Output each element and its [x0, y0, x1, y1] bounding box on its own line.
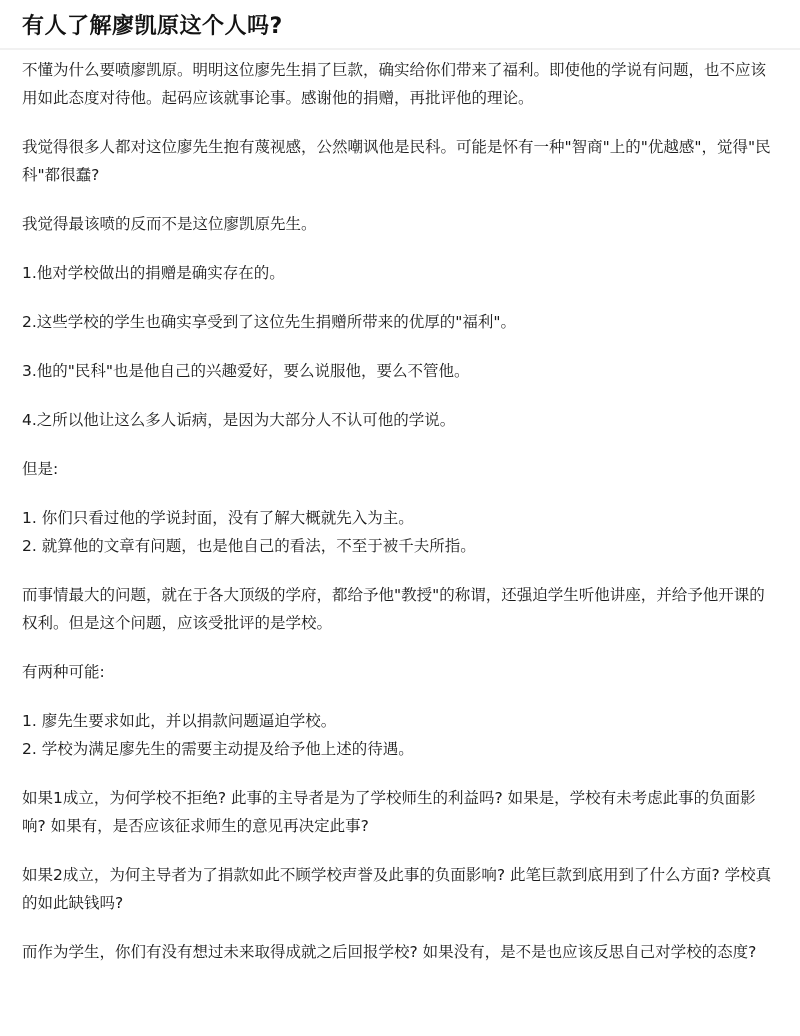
possibility-2: 2. 学校为满足廖先生的需要主动提及给予他上述的待遇。 [22, 735, 778, 763]
but-list: 1. 你们只看过他的学说封面，没有了解大概就先入为主。 2. 就算他的文章有问题… [22, 504, 778, 560]
answer-paragraph-7: 而作为学生，你们有没有想过未来取得成就之后回报学校? 如果没有，是不是也应该反思… [22, 938, 778, 966]
point-1: 1.他对学校做出的捐赠是确实存在的。 [22, 259, 778, 287]
answer-paragraph-4: 而事情最大的问题，就在于各大顶级的学府，都给予他"教授"的称谓，还强迫学生听他讲… [22, 581, 778, 637]
question-title[interactable]: 有人了解廖凯原这个人吗? [22, 9, 283, 40]
answer-paragraph-5: 如果1成立，为何学校不拒绝? 此事的主导者是为了学校师生的利益吗? 如果是，学校… [22, 784, 778, 840]
answer-body: 不懂为什么要喷廖凯原。明明这位廖先生捐了巨款，确实给你们带来了福利。即使他的学说… [0, 50, 800, 966]
answer-paragraph-1: 不懂为什么要喷廖凯原。明明这位廖先生捐了巨款，确实给你们带来了福利。即使他的学说… [22, 56, 778, 112]
possibilities-label: 有两种可能: [22, 658, 778, 686]
question-header: 有人了解廖凯原这个人吗? [0, 0, 800, 50]
answer-paragraph-2: 我觉得很多人都对这位廖先生抱有蔑视感，公然嘲讽他是民科。可能是怀有一种"智商"上… [22, 133, 778, 189]
possibility-1: 1. 廖先生要求如此，并以捐款问题逼迫学校。 [22, 707, 778, 735]
answer-paragraph-3: 我觉得最该喷的反而不是这位廖凯原先生。 [22, 210, 778, 238]
answer-paragraph-6: 如果2成立，为何主导者为了捐款如此不顾学校声誉及此事的负面影响? 此笔巨款到底用… [22, 861, 778, 917]
point-4: 4.之所以他让这么多人诟病，是因为大部分人不认可他的学说。 [22, 406, 778, 434]
but-list-item-1: 1. 你们只看过他的学说封面，没有了解大概就先入为主。 [22, 504, 778, 532]
but-label: 但是: [22, 455, 778, 483]
point-3: 3.他的"民科"也是他自己的兴趣爱好，要么说服他，要么不管他。 [22, 357, 778, 385]
but-list-item-2: 2. 就算他的文章有问题，也是他自己的看法，不至于被千夫所指。 [22, 532, 778, 560]
possibilities-list: 1. 廖先生要求如此，并以捐款问题逼迫学校。 2. 学校为满足廖先生的需要主动提… [22, 707, 778, 763]
point-2: 2.这些学校的学生也确实享受到了这位先生捐赠所带来的优厚的"福利"。 [22, 308, 778, 336]
